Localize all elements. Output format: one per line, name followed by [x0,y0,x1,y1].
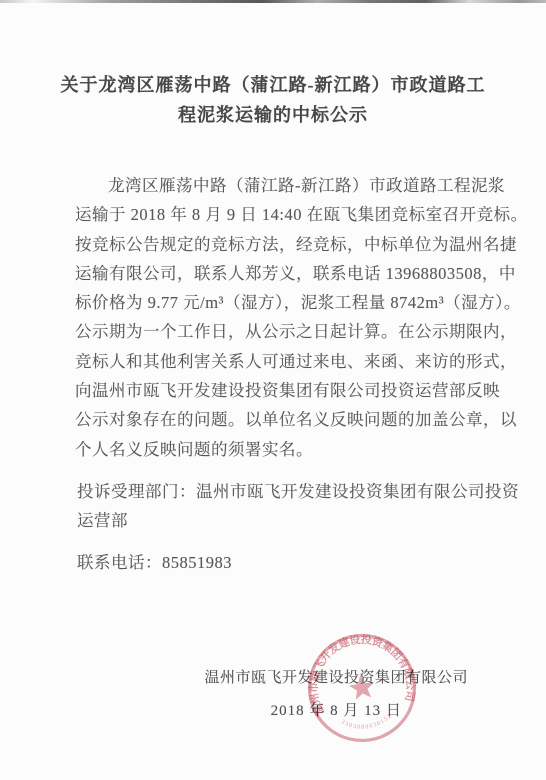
body-line: 公示期为一个工作日，从公示之日起计算。在公示期限内， [75,317,511,346]
complaint-line: 投诉受理部门：温州市瓯飞开发建设投资集团有限公司投资 [77,477,513,506]
signature-date: 2018 年 8 月 13 日 [204,697,468,725]
body-line: 运输有限公司，联系人郑芳义，联系电话 13968803508，中 [75,259,511,288]
complaint-department: 投诉受理部门：温州市瓯飞开发建设投资集团有限公司投资 运营部 [77,477,513,536]
complaint-line: 运营部 [77,506,513,535]
announcement-body: 龙湾区雁荡中路（蒲江路-新江路）市政道路工程泥浆 运输于 2018 年 8 月 … [75,171,511,464]
scanned-document-page: 关于龙湾区雁荡中路（蒲江路-新江路）市政道路工 程泥浆运输的中标公示 龙湾区雁荡… [0,0,546,780]
signature-block: 温州市瓯飞开发建设投资集团有限公司 2018 年 8 月 13 日 [204,664,468,725]
signature-company: 温州市瓯飞开发建设投资集团有限公司 [204,664,468,692]
body-line: 按竞标公告规定的竞标方法，经竞标，中标单位为温州名捷 [75,230,511,259]
contact-phone: 联系电话：85851983 [77,549,232,573]
document-title: 关于龙湾区雁荡中路（蒲江路-新江路）市政道路工 程泥浆运输的中标公示 [30,70,516,130]
body-line: 向温州市瓯飞开发建设投资集团有限公司投资运营部反映 [75,376,511,405]
scan-edge-artifact [0,0,546,3]
title-line-1: 关于龙湾区雁荡中路（蒲江路-新江路）市政道路工 [30,70,516,100]
body-line: 个人名义反映问题的须署实名。 [75,435,511,464]
body-line: 运输于 2018 年 8 月 9 日 14:40 在瓯飞集团竞标室召开竞标。 [75,200,511,229]
body-line: 标价格为 9.77 元/m³（湿方），泥浆工程量 8742m³（湿方）。 [75,288,511,317]
body-line: 龙湾区雁荡中路（蒲江路-新江路）市政道路工程泥浆 [75,171,511,200]
body-line: 公示对象存在的问题。以单位名义反映问题的加盖公章，以 [75,405,511,434]
body-line: 竞标人和其他利害关系人可通过来电、来函、来访的形式， [75,347,511,376]
title-line-2: 程泥浆运输的中标公示 [30,100,516,130]
